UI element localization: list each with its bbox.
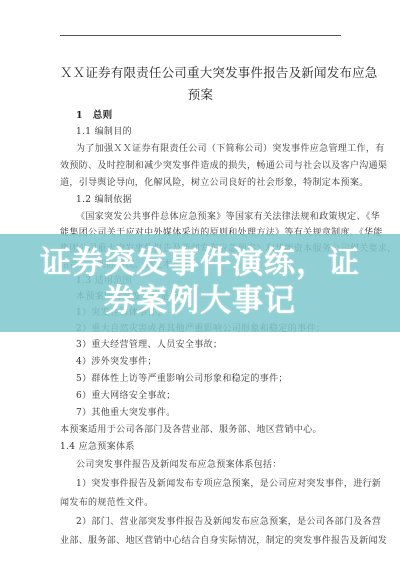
document-line: 1.1 编制目的 (76, 124, 132, 137)
document-line: 6）重大网络安全事故； (76, 388, 176, 401)
header-rule (60, 35, 341, 36)
document-line: 公司突发事件报告及新闻发布应急预案体系包括： (76, 457, 282, 470)
document-line: 效预防、及时控制和减少突发事件造成的损失，畅通公司与社会以及客户沟通渠 (60, 158, 387, 171)
document-line: 道，引导舆论导向，化解风险，树立公司良好的社会形象，特制定本预案。 (60, 175, 369, 188)
document-line: 1.2 编制依据 (76, 192, 132, 205)
document-line: 本预案适用于公司各部门及各营业部、服务部、地区营销中心。 (60, 422, 322, 435)
document-line: 4）涉外突发事件； (76, 354, 157, 367)
document-line: 2）部门、营业部突发事件报告及新闻发布应急预案，是公司各部门及各营 (76, 514, 381, 527)
document-line: 3）重大经营管理、人员安全事故； (76, 337, 222, 350)
document-title-line-1: ＸＸ证券有限责任公司重大突发事件报告及新闻发布应急 (60, 63, 341, 81)
document-line: 1.4 应急预案体系 (60, 439, 135, 452)
headline-title: 证券突发事件演练，证 券案例大事记 (0, 244, 400, 320)
document-line: 7）其他重大突发事件。 (76, 405, 176, 418)
headline-line-1: 证券突发事件演练，证 (0, 244, 400, 282)
document-line: 为了加强ＸＸ证券有限责任公司（下简称公司）突发事件应急管理工作，有 (76, 141, 385, 154)
document-line: 《国家突发公共事件总体应急预案》等国家有关法律法规和政策规定、《华 (76, 209, 380, 222)
document-line: 5）群体性上访等严重影响公司形象和稳定的事件； (76, 371, 288, 384)
document-title-line-2: 预案 (60, 85, 341, 103)
headline-line-2: 券案例大事记 (0, 282, 400, 320)
document-line: 闻发布的规范性文件。 (60, 495, 154, 508)
document-line: 业部、服务部、地区营销中心结合自身实际情况，制定的突发事件报告及新闻发 (60, 533, 387, 546)
document-line: 1 总则 (76, 107, 113, 121)
document-line: 1）突发事件报告及新闻发布专项应急预案，是公司应对突发事件，进行新 (76, 476, 381, 489)
